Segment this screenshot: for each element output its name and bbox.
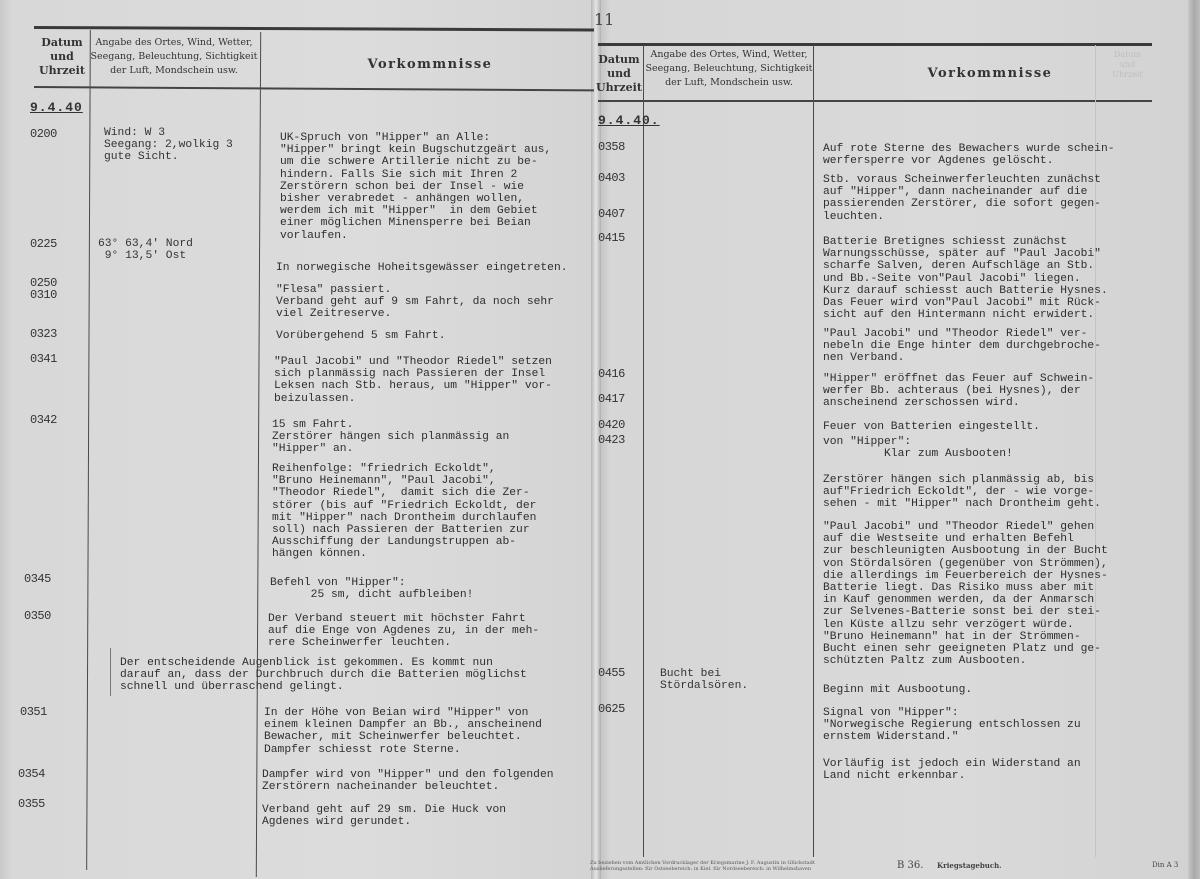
time-0423: 0423 <box>598 433 625 447</box>
location-0200: Wind: W 3 Seegang: 2,wolkig 3 gute Sicht… <box>104 127 233 163</box>
time-0354: 0354 <box>18 767 45 781</box>
entry-widerstand: Vorläufig ist jedoch ein Widerstand an L… <box>823 758 1081 782</box>
right-header-date-time: Datum und Uhrzeit <box>596 53 642 95</box>
time-0420: 0420 <box>598 418 625 432</box>
right-col-divider-2 <box>813 45 814 857</box>
left-page-date: 9.4.40 <box>30 100 83 115</box>
time-0342: 0342 <box>30 413 57 427</box>
entry-0200: UK-Spruch von "Hipper" an Alle: "Hipper"… <box>280 132 551 242</box>
footer-printer-note: Zu beziehen vom Amtlichen Vordrucklager … <box>590 860 815 872</box>
time-0225: 0225 <box>30 237 57 251</box>
entry-0358: Auf rote Sterne des Bewachers wurde sche… <box>823 143 1115 167</box>
right-page-date: 9.4.40. <box>598 113 660 128</box>
entry-ausbootung-befehl: "Paul Jacobi" und "Theodor Riedel" gehen… <box>823 521 1108 667</box>
footer-paper-size: Din A 3 <box>1152 861 1178 869</box>
time-0351: 0351 <box>20 705 47 719</box>
entry-0415: Batterie Bretignes schiesst zunächst War… <box>823 236 1108 321</box>
time-0455: 0455 <box>598 666 625 680</box>
left-header-date-time: Datum und Uhrzeit <box>36 36 88 78</box>
page-edge <box>1188 0 1200 879</box>
time-0345: 0345 <box>24 572 51 586</box>
right-header-events: Vorkommnisse <box>870 67 1110 81</box>
right-header-top-rule <box>598 43 1152 46</box>
entry-0423: von "Hipper": Klar zum Ausbooten! <box>823 436 1013 460</box>
time-0350: 0350 <box>24 609 51 623</box>
entry-0341: "Paul Jacobi" und "Theodor Riedel" setze… <box>274 356 552 405</box>
location-0455: Bucht bei Stördalsören. <box>660 668 748 692</box>
entry-zerstoerer-ab: Zerstörer hängen sich planmässig ab, bis… <box>823 474 1101 511</box>
entry-0354: Dampfer wird von "Hipper" und den folgen… <box>262 769 554 793</box>
footer-form-title: Kriegstagebuch. <box>937 861 1002 870</box>
left-header-events: Vorkommnisse <box>300 58 560 72</box>
footer-form-number: B 36. <box>897 860 923 871</box>
margin-mark: 11 <box>594 10 614 29</box>
entry-0416: "Hipper" eröffnet das Feuer auf Schwein-… <box>823 373 1094 410</box>
entry-0403: Stb. voraus Scheinwerferleuchten zunächs… <box>823 174 1101 223</box>
right-header-location-weather: Angabe des Ortes, Wind, Wetter, Seegang,… <box>645 48 813 90</box>
entry-0342: 15 sm Fahrt. Zerstörer hängen sich planm… <box>272 419 509 456</box>
entry-0323: Vorübergehend 5 sm Fahrt. <box>276 330 445 342</box>
ghost-header-date-time: Datum und Uhrzeit <box>1100 50 1155 80</box>
time-0417: 0417 <box>598 392 625 406</box>
right-col-divider-1 <box>643 45 644 857</box>
left-header-location-weather: Angabe des Ortes, Wind, Wetter, Seegang,… <box>90 36 258 78</box>
entry-0625: Signal von "Hipper": "Norwegische Regier… <box>823 707 1081 744</box>
entry-vernebeln: "Paul Jacobi" und "Theodor Riedel" ver- … <box>823 328 1101 365</box>
entry-0345: Befehl von "Hipper": 25 sm, dicht aufble… <box>270 577 473 601</box>
entry-0250: "Flesa" passiert. <box>276 284 391 296</box>
time-0407: 0407 <box>598 207 625 221</box>
right-header-bottom-rule <box>598 100 1152 102</box>
note-margin-line <box>110 648 111 696</box>
time-0310: 0310 <box>30 288 57 302</box>
entry-0310: Verband geht auf 9 sm Fahrt, da noch seh… <box>276 296 554 320</box>
time-0415: 0415 <box>598 231 625 245</box>
time-0358: 0358 <box>598 140 625 154</box>
entry-reihenfolge: Reihenfolge: "friedrich Eckoldt", "Bruno… <box>272 463 536 561</box>
entry-0225: In norwegische Hoheitsgewässer eingetret… <box>276 262 568 274</box>
time-0403: 0403 <box>598 171 625 185</box>
location-0225: 63° 63,4' Nord 9° 13,5' Ost <box>98 238 193 262</box>
time-0323: 0323 <box>30 327 57 341</box>
entry-0350: Der Verband steuert mit höchster Fahrt a… <box>268 613 539 650</box>
entry-0351: In der Höhe von Beian wird "Hipper" von … <box>264 707 542 756</box>
entry-decisive-moment: Der entscheidende Augenblick ist gekomme… <box>120 657 527 694</box>
time-0200: 0200 <box>30 127 57 141</box>
time-0416: 0416 <box>598 367 625 381</box>
time-0625: 0625 <box>598 702 625 716</box>
time-0355: 0355 <box>18 797 45 811</box>
entry-0420: Feuer von Batterien eingestellt. <box>823 421 1040 433</box>
entry-0355: Verband geht auf 29 sm. Die Huck von Agd… <box>262 804 506 828</box>
entry-0455: Beginn mit Ausbootung. <box>823 684 972 696</box>
time-0341: 0341 <box>30 352 57 366</box>
